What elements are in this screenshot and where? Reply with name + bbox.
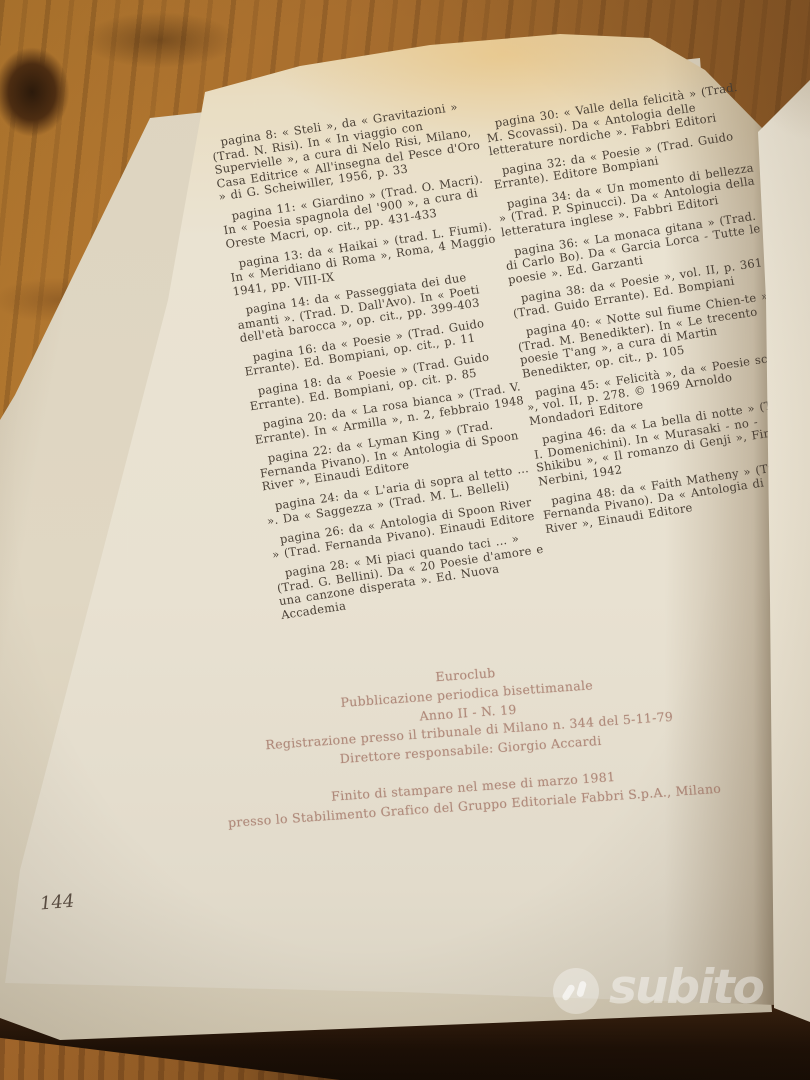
subito-watermark-text: subito <box>609 960 763 1015</box>
index-columns: pagina 8: « Steli », da « Gravitazioni »… <box>178 41 810 662</box>
colophon: Euroclub Pubblicazione periodica bisetti… <box>146 644 795 838</box>
page-number: 144 <box>39 891 75 915</box>
photo-scene: pagina 8: « Steli », da « Gravitazioni »… <box>0 0 810 1080</box>
subito-logo-icon <box>552 967 600 1015</box>
book-page-content: pagina 8: « Steli », da « Gravitazioni »… <box>0 0 810 1080</box>
subito-watermark: subito <box>552 963 763 1018</box>
